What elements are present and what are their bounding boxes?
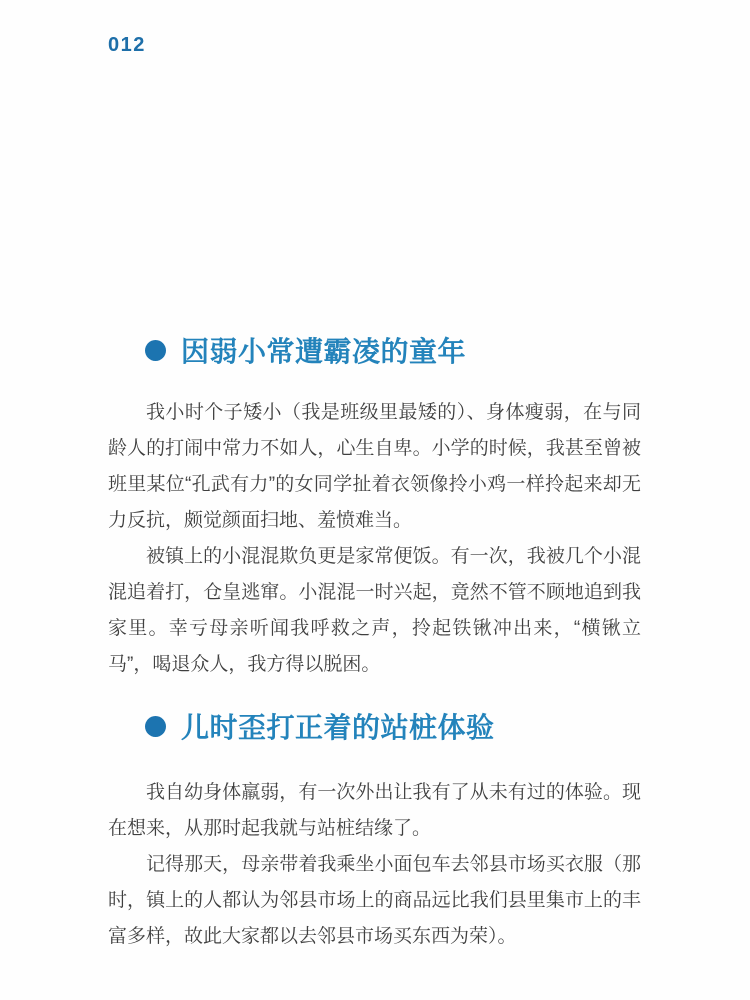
paragraph: 我小时个子矮小（我是班级里最矮的）、身体瘦弱，在与同龄人的打闹中常力不如人，心生… — [108, 395, 641, 539]
paragraph: 记得那天，母亲带着我乘坐小面包车去邻县市场买衣服（那时，镇上的人都认为邻县市场上… — [108, 847, 641, 955]
paragraph: 我自幼身体羸弱，有一次外出让我有了从未有过的体验。现在想来，从那时起我就与站桩结… — [108, 775, 641, 847]
section-heading-zhanzhuang-experience: 儿时歪打正着的站桩体验 — [108, 706, 641, 746]
section-bullet-icon — [145, 340, 166, 361]
section-body-bullying-childhood: 我小时个子矮小（我是班级里最矮的）、身体瘦弱，在与同龄人的打闹中常力不如人，心生… — [108, 395, 641, 683]
section-heading-bullying-childhood: 因弱小常遭霸凌的童年 — [108, 330, 641, 370]
paragraph: 被镇上的小混混欺负更是家常便饭。有一次，我被几个小混混追着打，仓皇逃窜。小混混一… — [108, 539, 641, 683]
section-body-zhanzhuang-experience: 我自幼身体羸弱，有一次外出让我有了从未有过的体验。现在想来，从那时起我就与站桩结… — [108, 775, 641, 955]
section-heading-text: 因弱小常遭霸凌的童年 — [181, 330, 466, 370]
section-bullet-icon — [145, 716, 166, 737]
page-number: 012 — [108, 34, 146, 57]
book-page: 012 因弱小常遭霸凌的童年 我小时个子矮小（我是班级里最矮的）、身体瘦弱，在与… — [0, 0, 750, 1000]
section-heading-text: 儿时歪打正着的站桩体验 — [181, 706, 495, 746]
